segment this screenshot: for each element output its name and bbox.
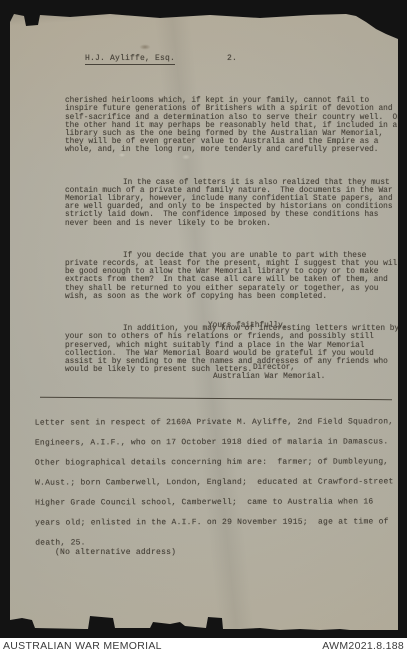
letter-paragraph: In the case of letters it is also realiz…: [65, 179, 402, 228]
accession-number: AWM2021.8.188: [322, 640, 404, 652]
letter-body: cherished heirlooms which, if kept in yo…: [65, 81, 402, 398]
catalogue-footer-bar: AUSTRALIAN WAR MEMORIAL AWM2021.8.188: [0, 638, 407, 653]
closing-salutation: Yours faithfully,: [208, 322, 288, 330]
page-number: 2.: [227, 54, 237, 63]
signature-organisation: Australian War Memorial.: [213, 373, 325, 381]
no-alternative-address-note: (No alternative address): [55, 548, 176, 557]
scan-background: H.J. Ayliffe, Esq. 2. cherished heirloom…: [0, 0, 407, 653]
institution-label: AUSTRALIAN WAR MEMORIAL: [3, 640, 162, 652]
signature-title: Director,: [253, 364, 295, 372]
letter-paragraph: In addition, you may know of interesting…: [65, 325, 402, 374]
document-page: H.J. Ayliffe, Esq. 2. cherished heirloom…: [10, 12, 398, 630]
letter-paragraph: cherished heirlooms which, if kept in yo…: [65, 97, 402, 154]
annotation-text: Letter sent in respect of 2160A Private …: [35, 412, 403, 553]
page-header: H.J. Ayliffe, Esq. 2.: [85, 54, 175, 65]
addressee-line: H.J. Ayliffe, Esq.: [85, 54, 175, 65]
letter-paragraph: If you decide that you are unable to par…: [65, 252, 402, 301]
